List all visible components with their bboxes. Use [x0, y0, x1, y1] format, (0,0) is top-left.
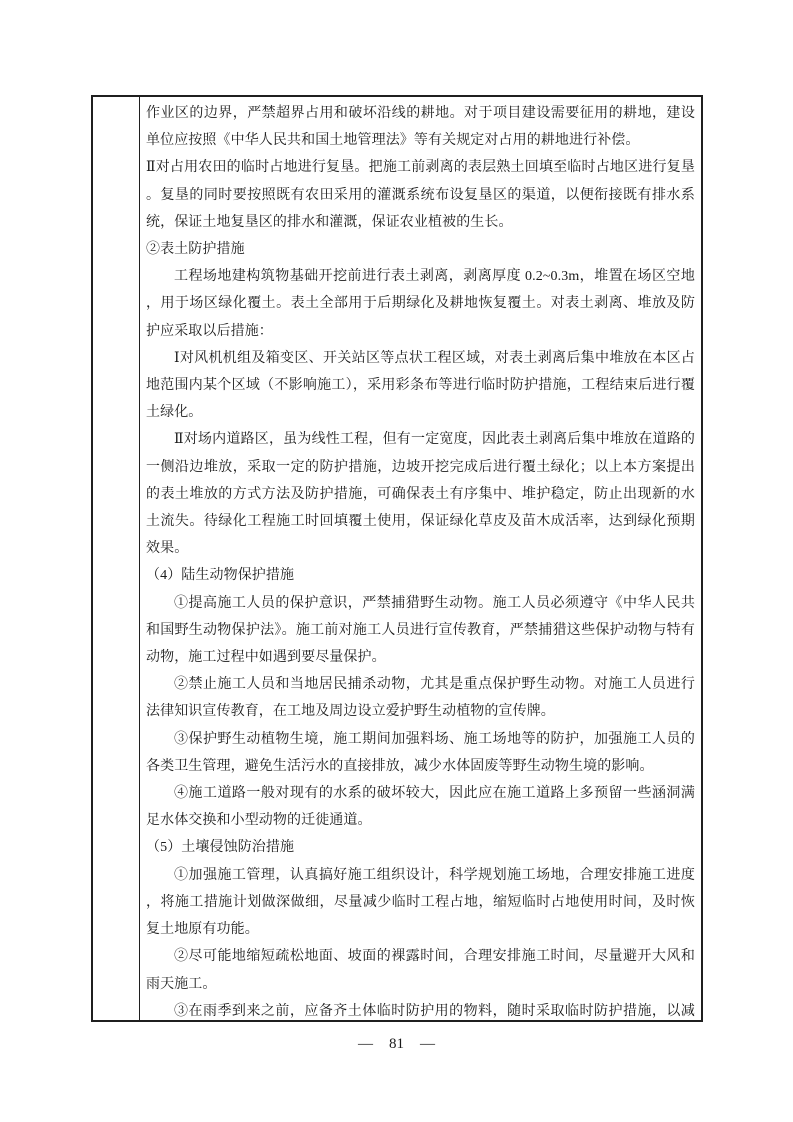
paragraph: Ⅱ对场内道路区，虽为线性工程，但有一定宽度，因此表土剥离后集中堆放在道路的一侧沿…: [146, 426, 695, 562]
paragraph-heading: ②表土防护措施: [146, 236, 695, 263]
paragraph: ④施工道路一般对现有的水系的破坏较大，因此应在施工道路上多预留一些涵洞满足水体交…: [146, 780, 695, 834]
document-page: 作业区的边界，严禁超界占用和破坏沿线的耕地。对于项目建设需要征用的耕地，建设单位…: [0, 0, 793, 1122]
content-table: 作业区的边界，严禁超界占用和破坏沿线的耕地。对于项目建设需要征用的耕地，建设单位…: [91, 95, 703, 1022]
table-left-empty-cell: [93, 97, 140, 1020]
paragraph: ①提高施工人员的保护意识，严禁捕猎野生动物。施工人员必须遵守《中华人民共和国野生…: [146, 590, 695, 672]
paragraph: ②尽可能地缩短疏松地面、坡面的裸露时间，合理安排施工时间，尽量避开大风和雨天施工…: [146, 943, 695, 997]
footer-dash-left: —: [358, 1036, 373, 1053]
paragraph-heading: （4）陆生动物保护措施: [146, 562, 695, 589]
paragraph: ③保护野生动植物生境，施工期间加强料场、施工场地等的防护，加强施工人员的各类卫生…: [146, 726, 695, 780]
table-content-cell: 作业区的边界，严禁超界占用和破坏沿线的耕地。对于项目建设需要征用的耕地，建设单位…: [140, 97, 701, 1020]
paragraph: ②禁止施工人员和当地居民捕杀动物，尤其是重点保护野生动物。对施工人员进行法律知识…: [146, 671, 695, 725]
footer-dash-right: —: [420, 1036, 435, 1053]
page-footer: —81—: [0, 1036, 793, 1053]
paragraph: 工程场地建构筑物基础开挖前进行表土剥离，剥离厚度 0.2~0.3m，堆置在场区空…: [146, 263, 695, 345]
paragraph: ①加强施工管理，认真搞好施工组织设计，科学规划施工场地，合理安排施工进度，将施工…: [146, 862, 695, 944]
paragraph-heading: （5）土壤侵蚀防治措施: [146, 834, 695, 861]
paragraph: Ⅰ对风机机组及箱变区、开关站区等点状工程区域，对表土剥离后集中堆放在本区占地范围…: [146, 345, 695, 427]
page-number: 81: [389, 1036, 404, 1053]
paragraph: 作业区的边界，严禁超界占用和破坏沿线的耕地。对于项目建设需要征用的耕地，建设单位…: [146, 100, 695, 154]
paragraph: ③在雨季到来之前，应备齐土体临时防护用的物料，随时采取临时防护措施，以减少土壤的…: [146, 998, 695, 1020]
paragraph: Ⅱ对占用农田的临时占地进行复垦。把施工前剥离的表层熟土回填至临时占地区进行复垦。…: [146, 154, 695, 236]
